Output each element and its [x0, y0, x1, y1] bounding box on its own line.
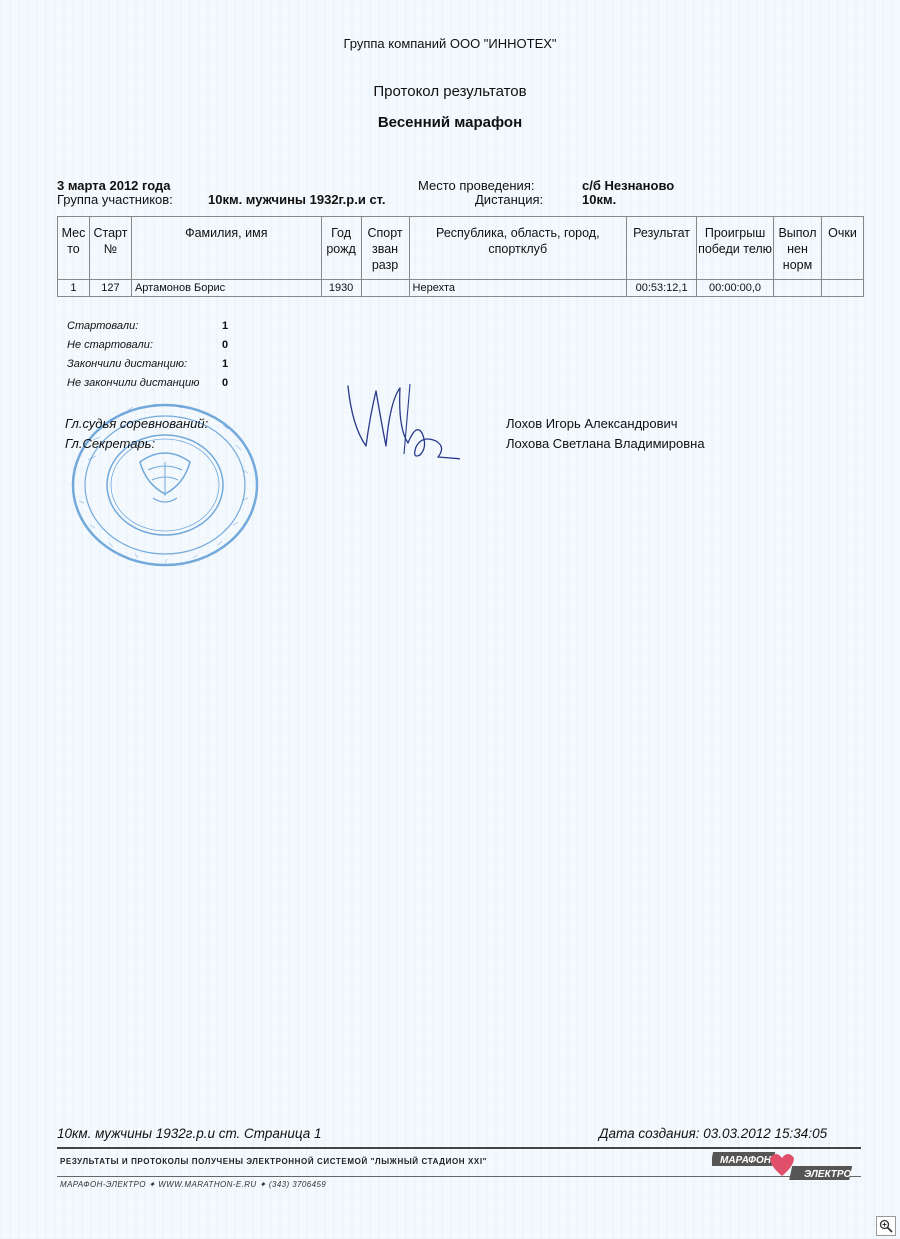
stat-label: Закончили дистанцию: — [67, 358, 187, 370]
stat-value: 0 — [222, 339, 228, 351]
company-name: Группа компаний ООО "ИННОТЕХ" — [0, 36, 900, 51]
stat-finished: Закончили дистанцию: 1 — [67, 358, 247, 377]
chief-judge-name: Лохов Игорь Александрович — [506, 414, 705, 434]
cell-year: 1930 — [321, 280, 361, 297]
cell-behind: 00:00:00,0 — [697, 280, 774, 297]
col-place: Мес то — [58, 217, 90, 280]
group-value: 10км. мужчины 1932г.р.и ст. — [208, 192, 386, 207]
cell-rank — [361, 280, 409, 297]
col-start-no: Старт № — [89, 217, 131, 280]
col-region: Республика, область, город, спортклуб — [409, 217, 627, 280]
chief-secretary-label: Гл.Секретарь: — [65, 434, 208, 454]
col-points: Очки — [821, 217, 863, 280]
footer-page-info: 10км. мужчины 1932г.р.и ст. Страница 1 — [57, 1126, 322, 1141]
cell-name: Артамонов Борис — [131, 280, 321, 297]
cell-place: 1 — [58, 280, 90, 297]
col-year: Год рожд — [321, 217, 361, 280]
stat-not-started: Не стартовали: 0 — [67, 339, 247, 358]
event-date: 3 марта 2012 года — [57, 178, 171, 193]
zoom-button[interactable] — [876, 1216, 896, 1236]
place-value: с/б Незнаново — [582, 178, 674, 193]
table-header-row: Мес то Старт № Фамилия, имя Год рожд Спо… — [58, 217, 864, 280]
cell-region: Нерехта — [409, 280, 627, 297]
stat-label: Стартовали: — [67, 320, 138, 332]
stat-not-finished: Не закончили дистанцию 0 — [67, 377, 247, 396]
footer-created-date: Дата создания: 03.03.2012 15:34:05 — [599, 1126, 827, 1141]
place-label: Место проведения: — [418, 178, 534, 193]
svg-text:ЭЛЕКТРО: ЭЛЕКТРО — [804, 1169, 852, 1180]
col-behind: Проигрыш победи телю — [697, 217, 774, 280]
chief-secretary-name: Лохова Светлана Владимировна — [506, 434, 705, 454]
magnifier-plus-icon — [879, 1219, 893, 1233]
marathon-electro-logo-icon: МАРАФОН ЭЛЕКТРО — [712, 1148, 862, 1184]
cell-start-no: 127 — [89, 280, 131, 297]
stat-started: Стартовали: 1 — [67, 320, 247, 339]
event-title: Весенний марафон — [0, 114, 900, 131]
col-norm: Выпол нен норм — [774, 217, 822, 280]
footer-contact: МАРАФОН-ЭЛЕКТРО ✦ WWW.MARATHON-E.RU ✦ (3… — [60, 1180, 326, 1189]
distance-value: 10км. — [582, 192, 616, 207]
officials-labels: Гл.судья соревнований: Гл.Секретарь: — [65, 414, 208, 454]
results-table: Мес то Старт № Фамилия, имя Год рожд Спо… — [57, 216, 864, 297]
cell-norm — [774, 280, 822, 297]
document-title: Протокол результатов — [0, 83, 900, 100]
col-name: Фамилия, имя — [131, 217, 321, 280]
stat-value: 1 — [222, 358, 228, 370]
stat-value: 0 — [222, 377, 228, 389]
distance-label: Дистанция: — [475, 192, 543, 207]
group-label: Группа участников: — [57, 192, 173, 207]
signature-icon — [340, 376, 460, 466]
stat-label: Не закончили дистанцию — [67, 377, 199, 389]
officials-names: Лохов Игорь Александрович Лохова Светлан… — [506, 414, 705, 454]
stat-label: Не стартовали: — [67, 339, 153, 351]
svg-text:МАРАФОН: МАРАФОН — [720, 1155, 772, 1166]
cell-result: 00:53:12,1 — [627, 280, 697, 297]
col-result: Результат — [627, 217, 697, 280]
footer-system-banner: РЕЗУЛЬТАТЫ И ПРОТОКОЛЫ ПОЛУЧЕНЫ ЭЛЕКТРОН… — [60, 1157, 487, 1166]
table-row: 1 127 Артамонов Борис 1930 Нерехта 00:53… — [58, 280, 864, 297]
col-rank: Спорт зван разр — [361, 217, 409, 280]
stat-value: 1 — [222, 320, 228, 332]
summary-stats: Стартовали: 1 Не стартовали: 0 Закончили… — [67, 320, 247, 396]
chief-judge-label: Гл.судья соревнований: — [65, 414, 208, 434]
cell-points — [821, 280, 863, 297]
